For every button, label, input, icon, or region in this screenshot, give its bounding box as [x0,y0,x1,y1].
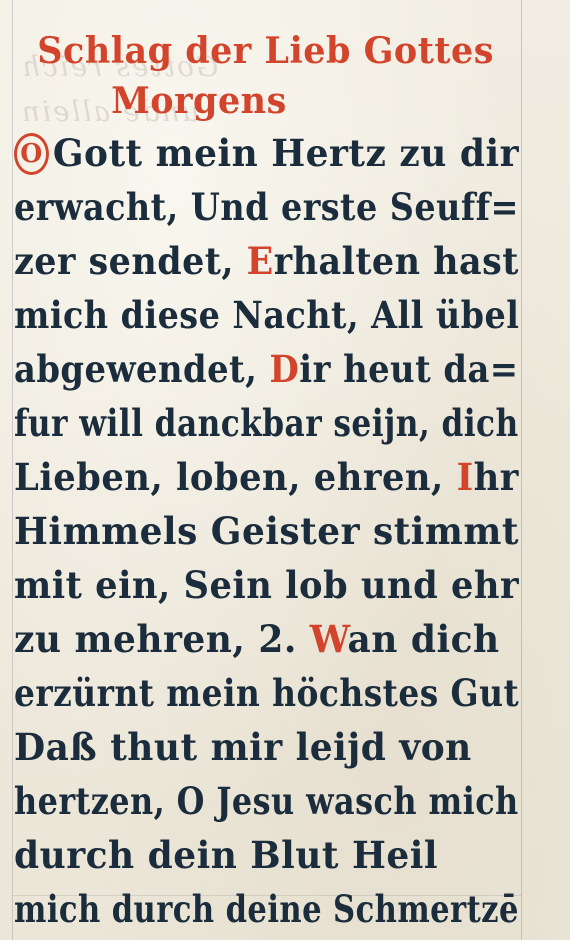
rubric-letter: D [270,347,300,391]
text-line-15: mich durch deine Schmertzē [14,882,444,936]
text-line-2: erwacht, Und erste Seuff= [14,180,484,234]
decorated-initial: O [14,133,49,175]
text-line-3: zer sendet, Erhalten hast [14,234,505,288]
rubric-letter: E [247,239,274,283]
manuscript-page: Gottes reich unde allein Schlag der Lieb… [0,0,570,940]
line-text: rhalten hast [274,239,519,283]
heading-line-1: Schlag der Lieb Gottes [14,26,519,76]
text-line-1: OGott mein Hertz zu dir [14,126,519,180]
text-line-14: durch dein Blut Heil [14,828,519,882]
line-text: hr [474,455,519,499]
text-line-6: fur will danckbar seijn, dich [14,396,453,450]
line-text: ir heut da= [299,347,518,391]
text-line-5: abgewendet, Dir heut da= [14,342,489,396]
text-line-12: Daß thut mir leijd von [14,720,519,774]
line-text: Gott mein Hertz zu dir [53,131,519,175]
text-line-7: Lieben, loben, ehren, Ihr [14,450,510,504]
rubric-letter: I [457,455,474,499]
line-text: an dich [348,617,500,661]
heading-line-2: Morgens [14,76,519,126]
text-line-8: Himmels Geister stimmt [14,504,519,558]
line-text: zer sendet, [14,239,247,283]
rubric-letter: W [310,617,348,661]
line-text: abgewendet, [14,347,270,391]
left-ruling-line [12,0,13,940]
text-line-4: mich diese Nacht, All übel [14,288,484,342]
text-line-13: hertzen, O Jesu wasch mich [14,774,462,828]
text-line-10: zu mehren, 2. Wan dich [14,612,519,666]
line-text: Lieben, loben, ehren, [14,455,457,499]
text-line-9: mit ein, Sein lob und ehr [14,558,509,612]
line-text: zu mehren, 2. [14,617,310,661]
manuscript-text: Schlag der Lieb Gottes Morgens OGott mei… [14,26,534,936]
text-line-11: erzürnt mein höchstes Gut [14,666,476,720]
